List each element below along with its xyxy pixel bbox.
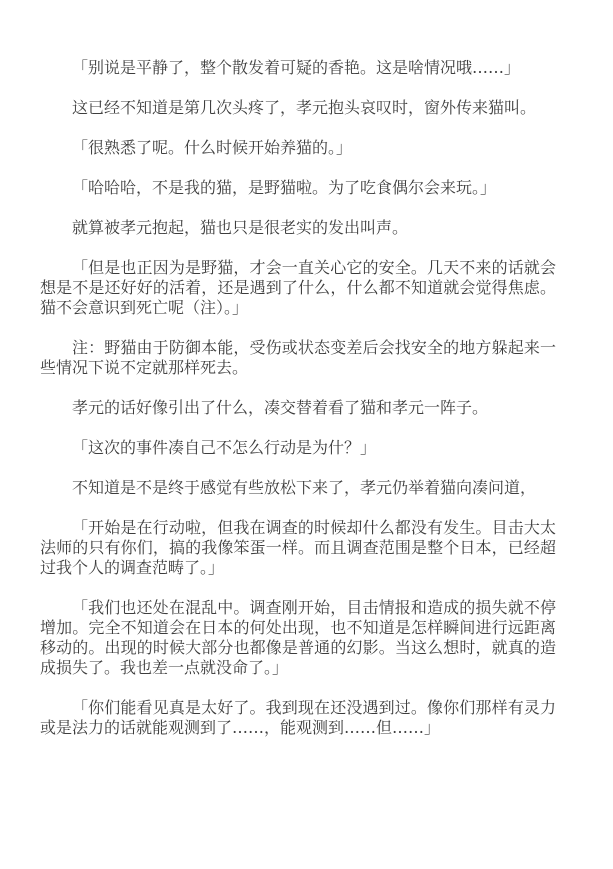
text-content: 「别说是平静了，整个散发着可疑的香艳。这是啥情况哦……」这已经不知道是第几次头疼… bbox=[0, 0, 613, 738]
paragraph: 「哈哈哈，不是我的猫，是野猫啦。为了吃食偶尔会来玩。」 bbox=[40, 178, 556, 198]
paragraph: 「很熟悉了呢。什么时候开始养猫的。」 bbox=[40, 138, 556, 158]
paragraph: 「别说是平静了，整个散发着可疑的香艳。这是啥情况哦……」 bbox=[40, 58, 556, 78]
paragraph: 不知道是不是终于感觉有些放松下来了，孝元仍举着猫向凑问道， bbox=[40, 478, 556, 498]
paragraph: 就算被孝元抱起，猫也只是很老实的发出叫声。 bbox=[40, 218, 556, 238]
paragraph: 「我们也还处在混乱中。调查刚开始，目击情报和造成的损失就不停增加。完全不知道会在… bbox=[40, 598, 556, 678]
paragraph: 孝元的话好像引出了什么，凑交替着看了猫和孝元一阵子。 bbox=[40, 398, 556, 418]
paragraph: 这已经不知道是第几次头疼了，孝元抱头哀叹时，窗外传来猫叫。 bbox=[40, 98, 556, 118]
paragraph: 「你们能看见真是太好了。我到现在还没遇到过。像你们那样有灵力或是法力的话就能观测… bbox=[40, 698, 556, 738]
document-page: 「别说是平静了，整个散发着可疑的香艳。这是啥情况哦……」这已经不知道是第几次头疼… bbox=[0, 0, 613, 869]
paragraph: 「但是也正因为是野猫，才会一直关心它的安全。几天不来的话就会想是不是还好好的活着… bbox=[40, 258, 556, 318]
paragraph: 注：野猫由于防御本能，受伤或状态变差后会找安全的地方躲起来一些情况下说不定就那样… bbox=[40, 338, 556, 378]
paragraph: 「这次的事件凑自己不怎么行动是为什？」 bbox=[40, 438, 556, 458]
paragraph: 「开始是在行动啦，但我在调查的时候却什么都没有发生。目击大太法师的只有你们，搞的… bbox=[40, 518, 556, 578]
